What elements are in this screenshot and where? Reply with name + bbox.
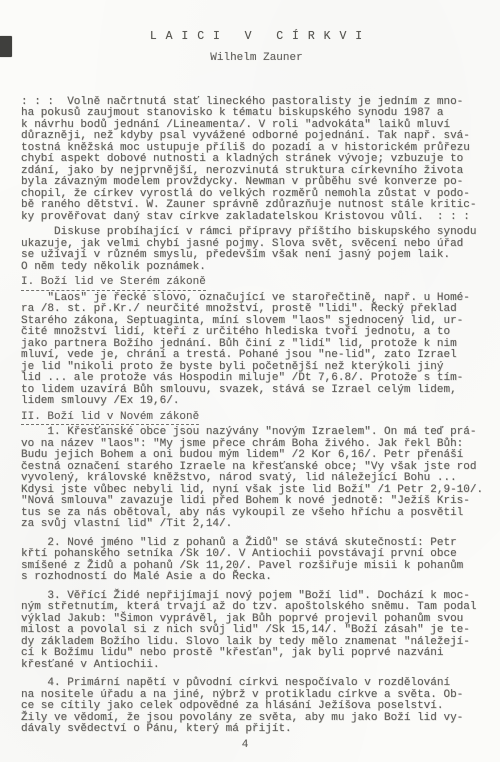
section-1-heading-row: I. Boží lid ve Sterém zákoně bbox=[21, 277, 492, 291]
document-page: L A I C I V C Í R K V I Wilhelm Zauner :… bbox=[0, 0, 500, 762]
paragraph-discussion: Diskuse probíhající v rámci přípravy pří… bbox=[21, 227, 492, 273]
paragraph-new-israel: 1. Křesťanské obce jsou nazývány "novým … bbox=[21, 427, 492, 531]
page-content: L A I C I V C Í R K V I Wilhelm Zauner :… bbox=[0, 0, 500, 736]
page-number: 4 bbox=[0, 740, 490, 752]
section-2-heading: II. Boží lid v Novém zákoně bbox=[21, 412, 199, 426]
section-2-heading-row: II. Boží lid v Novém zákoně bbox=[21, 412, 492, 426]
paragraph-laos: "Laos" je řecké slovo, označující ve sta… bbox=[21, 293, 492, 408]
paragraph-primary-tension: 4. Primární napětí v původní církvi nesp… bbox=[21, 678, 492, 736]
scan-edge-artifact bbox=[0, 36, 12, 57]
section-1-heading: I. Boží lid ve Sterém zákoně bbox=[21, 277, 206, 291]
paragraph-believing-jews: 3. Věřící Židé nepřijímají nový pojem "B… bbox=[21, 591, 492, 672]
paragraph-new-name: 2. Nové jméno "lid z pohanů a Židů" se s… bbox=[21, 538, 492, 584]
paragraph-editorial-intro: : : : Volně načrtnutá stať lineckého pas… bbox=[21, 97, 492, 224]
document-title: L A I C I V C Í R K V I bbox=[21, 31, 492, 43]
document-author: Wilhelm Zauner bbox=[21, 53, 492, 65]
